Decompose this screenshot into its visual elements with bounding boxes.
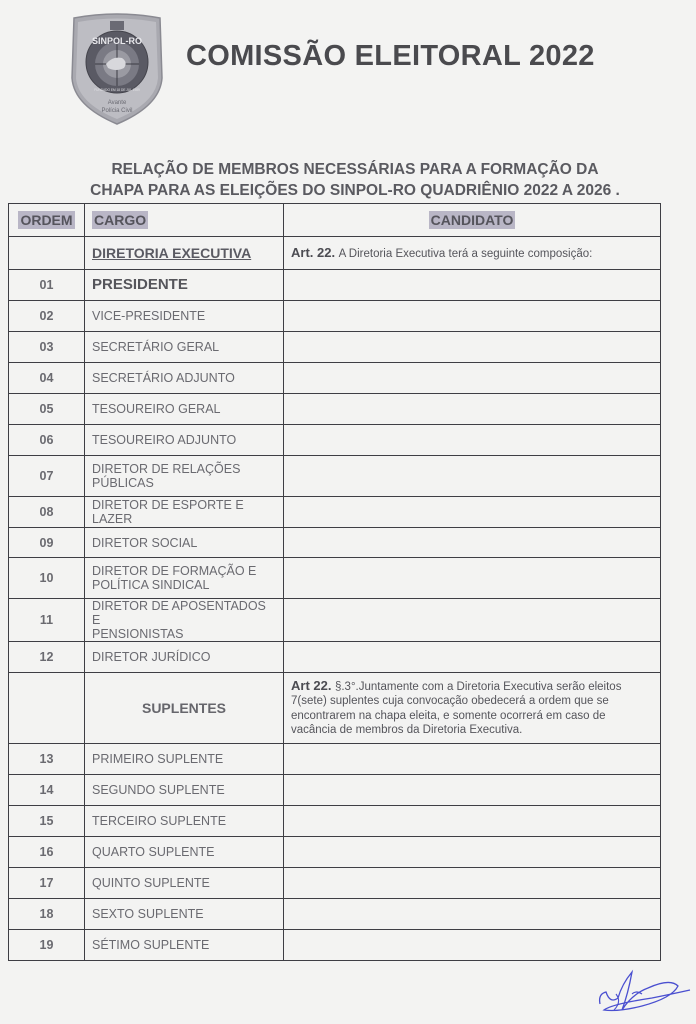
cargo-line-2: POLÍTICA SINDICAL: [92, 578, 276, 592]
cargo-cell: SEXTO SUPLENTE: [85, 899, 284, 930]
cargo-label: PRESIDENTE: [92, 276, 188, 293]
table-row: 18SEXTO SUPLENTE: [9, 899, 661, 930]
table-row: 15TERCEIRO SUPLENTE: [9, 806, 661, 837]
ordem-cell: 06: [9, 425, 85, 456]
cargo-cell: SECRETÁRIO ADJUNTO: [85, 363, 284, 394]
article-note: Art. 22. A Diretoria Executiva terá a se…: [284, 237, 661, 270]
section-row-diretoria-executiva: DIRETORIA EXECUTIVA Art. 22. A Diretoria…: [9, 237, 661, 270]
cargo-label: QUARTO SUPLENTE: [92, 845, 215, 859]
cargo-label: QUINTO SUPLENTE: [92, 876, 210, 890]
candidato-field[interactable]: [284, 301, 661, 332]
ordem-cell: 13: [9, 744, 85, 775]
ordem-cell: 15: [9, 806, 85, 837]
candidato-field[interactable]: [284, 363, 661, 394]
table-row: 03SECRETÁRIO GERAL: [9, 332, 661, 363]
candidato-field[interactable]: [284, 425, 661, 456]
candidato-field[interactable]: [284, 599, 661, 642]
table-row: 14SEGUNDO SUPLENTE: [9, 775, 661, 806]
ordem-cell: 12: [9, 642, 85, 673]
table-header-row: ORDEM CARGO CANDIDATO: [9, 204, 661, 237]
table-row: 09DIRETOR SOCIAL: [9, 528, 661, 558]
members-table: ORDEM CARGO CANDIDATO DIRETORIA EXECUTIV…: [8, 203, 661, 961]
ordem-cell: 16: [9, 837, 85, 868]
cargo-cell: DIRETOR SOCIAL: [85, 528, 284, 558]
ordem-cell: 01: [9, 270, 85, 301]
section-label: DIRETORIA EXECUTIVA: [85, 237, 284, 270]
ordem-cell: 19: [9, 930, 85, 961]
cargo-cell: PRESIDENTE: [85, 270, 284, 301]
ordem-cell: 09: [9, 528, 85, 558]
cargo-cell: TESOUREIRO GERAL: [85, 394, 284, 425]
ordem-cell: 17: [9, 868, 85, 899]
cargo-cell: QUARTO SUPLENTE: [85, 837, 284, 868]
ordem-cell: 14: [9, 775, 85, 806]
candidato-field[interactable]: [284, 775, 661, 806]
svg-text:SINPOL-RO: SINPOL-RO: [92, 36, 142, 46]
cargo-label: DIRETOR JURÍDICO: [92, 650, 211, 664]
cargo-label: PRIMEIRO SUPLENTE: [92, 752, 223, 766]
cargo-label: SECRETÁRIO GERAL: [92, 340, 219, 354]
table-row: 05TESOUREIRO GERAL: [9, 394, 661, 425]
cargo-cell: QUINTO SUPLENTE: [85, 868, 284, 899]
cargo-line-1: DIRETOR DE APOSENTADOS E: [92, 599, 276, 627]
section-row-suplentes: SUPLENTESArt 22. §.3°.Juntamente com a D…: [9, 673, 661, 744]
cargo-label: VICE-PRESIDENTE: [92, 309, 205, 323]
candidato-field[interactable]: [284, 930, 661, 961]
cargo-label: TESOUREIRO GERAL: [92, 402, 221, 416]
table-row: 01PRESIDENTE: [9, 270, 661, 301]
table-row: 07DIRETOR DE RELAÇÕESPÚBLICAS: [9, 456, 661, 497]
sinpol-ro-badge-logo: SINPOL-RO FUNDADO EM 18 DE JUL 1989 Avan…: [66, 8, 168, 126]
ordem-cell: 11: [9, 599, 85, 642]
candidato-field[interactable]: [284, 806, 661, 837]
cargo-cell: SECRETÁRIO GERAL: [85, 332, 284, 363]
candidato-field[interactable]: [284, 558, 661, 599]
cargo-label: SECRETÁRIO ADJUNTO: [92, 371, 235, 385]
cargo-cell: DIRETOR DE FORMAÇÃO EPOLÍTICA SINDICAL: [85, 558, 284, 599]
cargo-cell: DIRETOR DE APOSENTADOS EPENSIONISTAS: [85, 599, 284, 642]
empty-cell: [9, 237, 85, 270]
candidato-field[interactable]: [284, 837, 661, 868]
cargo-cell: DIRETOR JURÍDICO: [85, 642, 284, 673]
ordem-cell: 04: [9, 363, 85, 394]
candidato-field[interactable]: [284, 332, 661, 363]
table-row: 02VICE-PRESIDENTE: [9, 301, 661, 332]
candidato-field[interactable]: [284, 394, 661, 425]
ordem-cell: 08: [9, 497, 85, 528]
cargo-cell: DIRETOR DE RELAÇÕESPÚBLICAS: [85, 456, 284, 497]
svg-text:FUNDADO EM 18 DE JUL 1989: FUNDADO EM 18 DE JUL 1989: [94, 88, 140, 92]
table-row: 13PRIMEIRO SUPLENTE: [9, 744, 661, 775]
candidato-field[interactable]: [284, 868, 661, 899]
cargo-cell: SÉTIMO SUPLENTE: [85, 930, 284, 961]
candidato-field[interactable]: [284, 899, 661, 930]
header-ordem: ORDEM: [9, 204, 85, 237]
cargo-label: SEGUNDO SUPLENTE: [92, 783, 225, 797]
cargo-line-2: PENSIONISTAS: [92, 627, 276, 641]
ordem-cell: 02: [9, 301, 85, 332]
cargo-label: DIRETOR SOCIAL: [92, 536, 197, 550]
header-candidato: CANDIDATO: [284, 204, 661, 237]
cargo-label: TESOUREIRO ADJUNTO: [92, 433, 236, 447]
table-row: 10DIRETOR DE FORMAÇÃO EPOLÍTICA SINDICAL: [9, 558, 661, 599]
cargo-cell: DIRETOR DE ESPORTE E LAZER: [85, 497, 284, 528]
cargo-cell: SEGUNDO SUPLENTE: [85, 775, 284, 806]
cargo-cell: VICE-PRESIDENTE: [85, 301, 284, 332]
table-row: 04SECRETÁRIO ADJUNTO: [9, 363, 661, 394]
ordem-cell: 05: [9, 394, 85, 425]
candidato-field[interactable]: [284, 456, 661, 497]
cargo-cell: TERCEIRO SUPLENTE: [85, 806, 284, 837]
svg-text:Polícia Civil: Polícia Civil: [101, 108, 132, 114]
cargo-line-1: DIRETOR DE RELAÇÕES: [92, 462, 276, 476]
cargo-cell: TESOUREIRO ADJUNTO: [85, 425, 284, 456]
candidato-field[interactable]: [284, 642, 661, 673]
table-row: 17QUINTO SUPLENTE: [9, 868, 661, 899]
svg-text:Avante: Avante: [108, 100, 127, 106]
cargo-label: SEXTO SUPLENTE: [92, 907, 204, 921]
empty-cell: [9, 673, 85, 744]
candidato-field[interactable]: [284, 744, 661, 775]
cargo-line-1: DIRETOR DE FORMAÇÃO E: [92, 564, 276, 578]
page-title: COMISSÃO ELEITORAL 2022: [186, 40, 606, 73]
cargo-label: TERCEIRO SUPLENTE: [92, 814, 226, 828]
signature: [592, 964, 692, 1020]
table-row: 19SÉTIMO SUPLENTE: [9, 930, 661, 961]
candidato-field[interactable]: [284, 528, 661, 558]
table-row: 08DIRETOR DE ESPORTE E LAZER: [9, 497, 661, 528]
article-note: Art 22. §.3°.Juntamente com a Diretoria …: [284, 673, 661, 744]
section-label: SUPLENTES: [85, 673, 284, 744]
candidato-field[interactable]: [284, 270, 661, 301]
subtitle-line-1: RELAÇÃO DE MEMBROS NECESSÁRIAS PARA A FO…: [40, 159, 670, 180]
candidato-field[interactable]: [284, 497, 661, 528]
ordem-cell: 10: [9, 558, 85, 599]
ordem-cell: 07: [9, 456, 85, 497]
subtitle-line-2: CHAPA PARA AS ELEIÇÕES DO SINPOL-RO QUAD…: [40, 180, 670, 201]
table-row: 11DIRETOR DE APOSENTADOS EPENSIONISTAS: [9, 599, 661, 642]
table-row: 12DIRETOR JURÍDICO: [9, 642, 661, 673]
ordem-cell: 18: [9, 899, 85, 930]
cargo-label: DIRETOR DE ESPORTE E LAZER: [92, 498, 244, 526]
ordem-cell: 03: [9, 332, 85, 363]
cargo-cell: PRIMEIRO SUPLENTE: [85, 744, 284, 775]
table-row: 16QUARTO SUPLENTE: [9, 837, 661, 868]
header-cargo: CARGO: [85, 204, 284, 237]
table-row: 06TESOUREIRO ADJUNTO: [9, 425, 661, 456]
document-subtitle: RELAÇÃO DE MEMBROS NECESSÁRIAS PARA A FO…: [40, 159, 670, 201]
cargo-label: SÉTIMO SUPLENTE: [92, 938, 209, 952]
cargo-line-2: PÚBLICAS: [92, 476, 276, 490]
